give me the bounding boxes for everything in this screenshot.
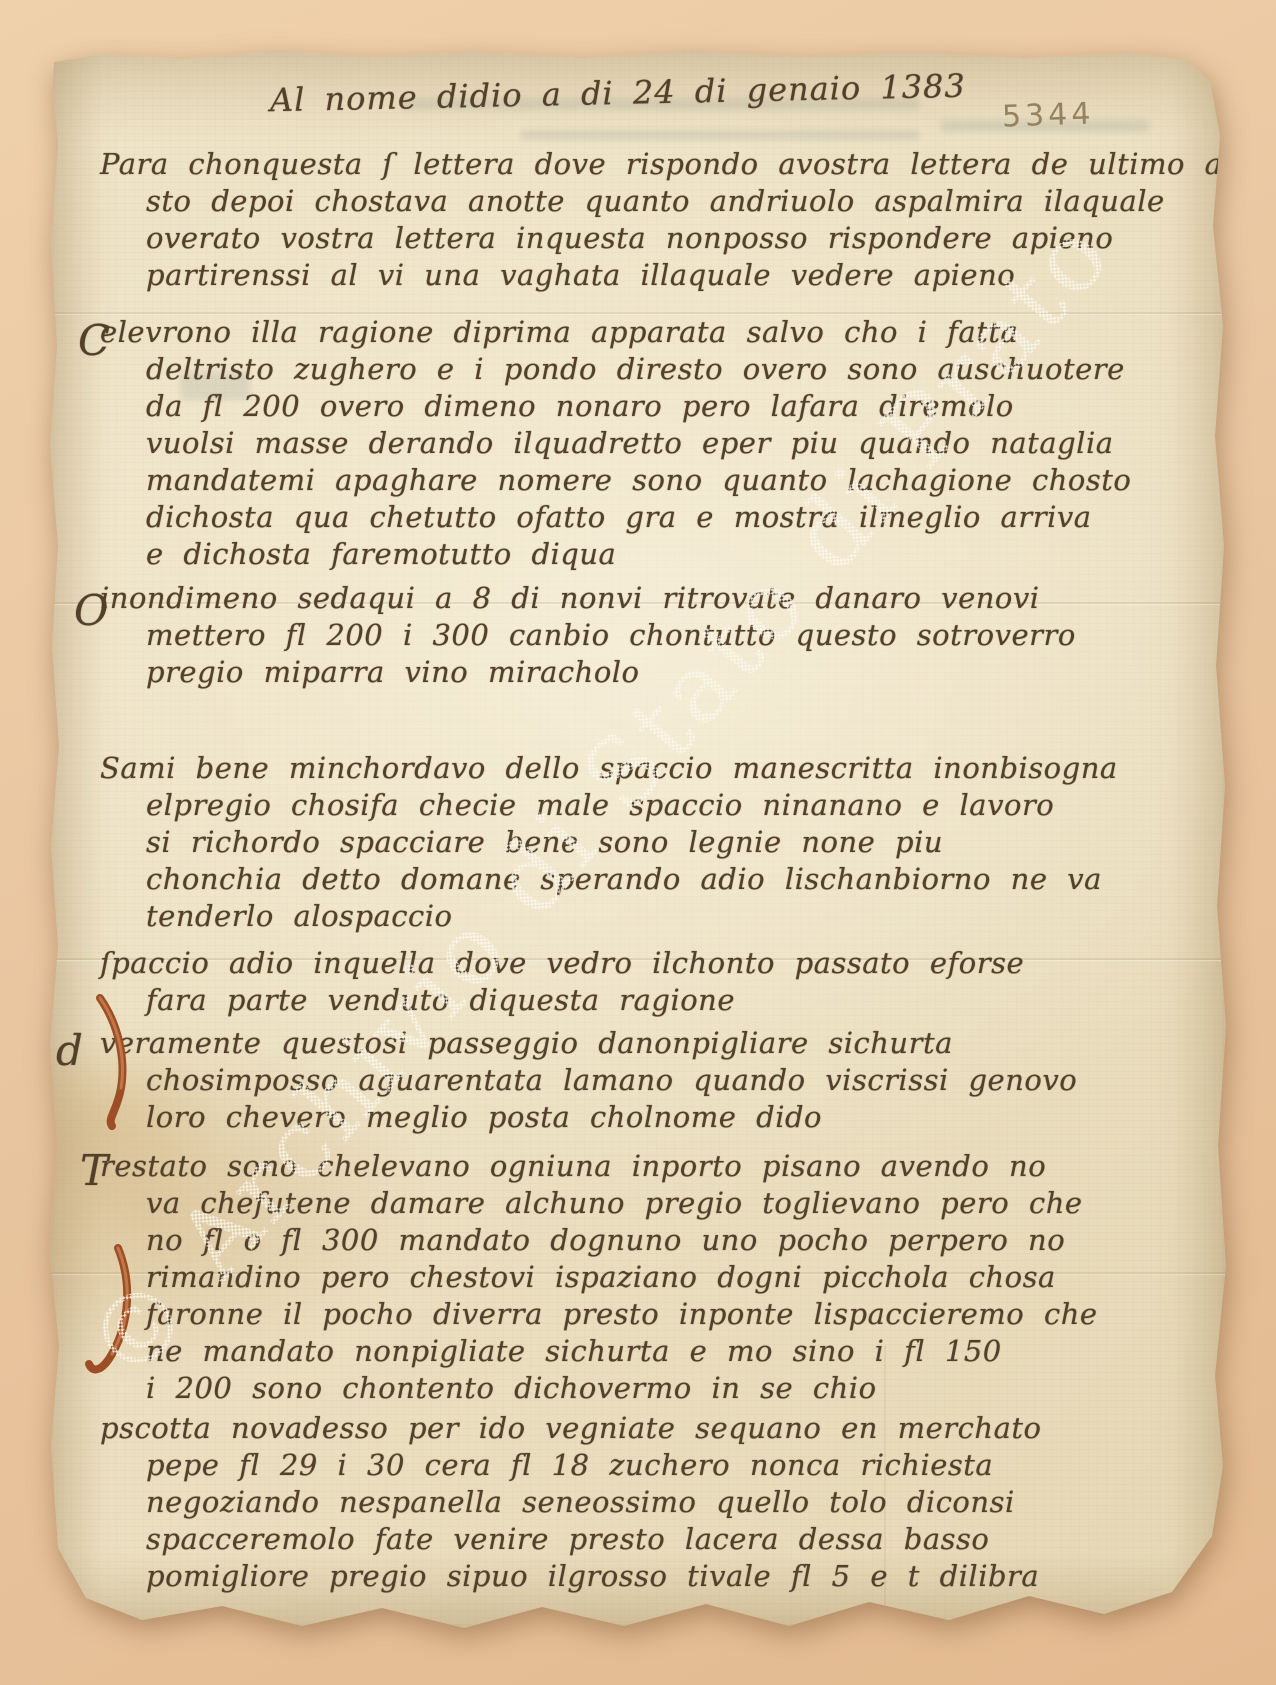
manuscript-line: pregio miparra vino miracholo [100, 654, 1185, 691]
manuscript-line: va chefutene damare alchuno pregio togli… [100, 1185, 1185, 1222]
paragraph: veramente questosi passeggio danonpiglia… [100, 1025, 1185, 1136]
manuscript-line: deltristo zughero e i pondo diresto over… [100, 351, 1185, 388]
manuscript-line: Para chonquesta ſ lettera dove rispondo … [100, 146, 1185, 183]
manuscript-line: mandatemi apaghare nomere sono quanto la… [100, 462, 1185, 499]
manuscript-line: chonchia detto domane sperando adio lisc… [100, 861, 1185, 898]
manuscript-line: sto depoi chostava anotte quanto andriuo… [100, 183, 1185, 220]
manuscript-line: elpregio chosifa checie male spaccio nin… [100, 787, 1185, 824]
manuscript-line: pepe fl 29 i 30 cera fl 18 zuchero nonca… [100, 1447, 1185, 1484]
manuscript-line: dichosta qua chetutto ofatto gra e mostr… [100, 499, 1185, 536]
manuscript-line: chosimposso aguarentata lamano quando vi… [100, 1062, 1185, 1099]
manuscript-line: e dichosta faremotutto diqua [100, 536, 1185, 573]
manuscript-line: i 200 sono chontento dichovermo in se ch… [100, 1370, 1185, 1407]
manuscript-line: faronne il pocho diverra presto inponte … [100, 1296, 1185, 1333]
manuscript-line: elevrono illa ragione diprima apparata s… [100, 314, 1185, 351]
paragraph: Para chonquesta ſ lettera dove rispondo … [100, 146, 1185, 294]
manuscript-line: veramente questosi passeggio danonpiglia… [100, 1025, 1185, 1062]
manuscript-line: mettero fl 200 i 300 canbio chontutto qu… [100, 617, 1185, 654]
paragraph: ſpaccio adio inquella dove vedro ilchont… [100, 945, 1185, 1019]
paragraph: restato sono chelevano ogniuna inporto p… [100, 1148, 1185, 1407]
manuscript-line: ne mandato nonpigliate sichurta e mo sin… [100, 1333, 1185, 1370]
manuscript-line: tenderlo alospaccio [100, 898, 1185, 935]
manuscript-line: fara parte venduto diquesta ragione [100, 982, 1185, 1019]
manuscript-line: loro chevero meglio posta cholnome dido [100, 1099, 1185, 1136]
margin-mark: d [56, 1026, 83, 1075]
manuscript-line: negoziando nespanella seneossimo quello … [100, 1484, 1185, 1521]
paragraph: inondimeno sedaqui a 8 di nonvi ritrovat… [100, 580, 1185, 691]
paragraph: Sami bene minchordavo dello spaccio mane… [100, 750, 1185, 935]
manuscript-line: pomigliore pregio sipuo ilgrosso tivale … [100, 1558, 1185, 1595]
manuscript-line: overato vostra lettera inquesta nonposso… [100, 220, 1185, 257]
manuscript-line: si richordo spacciare bene sono legnie n… [100, 824, 1185, 861]
photo-backdrop: Al nome didio a di 24 di genaio 1383 534… [0, 0, 1276, 1685]
manuscript-line: inondimeno sedaqui a 8 di nonvi ritrovat… [100, 580, 1185, 617]
date-line: Al nome didio a di 24 di genaio 1383 [270, 67, 967, 120]
manuscript-line: pscotta novadesso per ido vegniate sequa… [100, 1410, 1185, 1447]
manuscript-line: partirenssi al vi una vaghata illaquale … [100, 257, 1185, 294]
manuscript-line: spacceremolo fate venire presto lacera d… [100, 1521, 1185, 1558]
manuscript-line: ſpaccio adio inquella dove vedro ilchont… [100, 945, 1185, 982]
manuscript-line: rimandino pero chestovi ispaziano dogni … [100, 1259, 1185, 1296]
archive-number: 5344 [1001, 96, 1095, 134]
manuscript-line: Sami bene minchordavo dello spaccio mane… [100, 750, 1185, 787]
manuscript-line: da fl 200 overo dimeno nonaro pero lafar… [100, 388, 1185, 425]
manuscript-paper: Al nome didio a di 24 di genaio 1383 534… [44, 46, 1229, 1632]
manuscript-line: no fl o fl 300 mandato dognuno uno pocho… [100, 1222, 1185, 1259]
paragraph: elevrono illa ragione diprima apparata s… [100, 314, 1185, 573]
verso-showthrough [520, 130, 920, 140]
manuscript-line: vuolsi masse derando ilquadretto eper pi… [100, 425, 1185, 462]
manuscript-line: restato sono chelevano ogniuna inporto p… [100, 1148, 1185, 1185]
paragraph: pscotta novadesso per ido vegniate sequa… [100, 1410, 1185, 1595]
paper-shadow: Al nome didio a di 24 di genaio 1383 534… [44, 46, 1229, 1632]
